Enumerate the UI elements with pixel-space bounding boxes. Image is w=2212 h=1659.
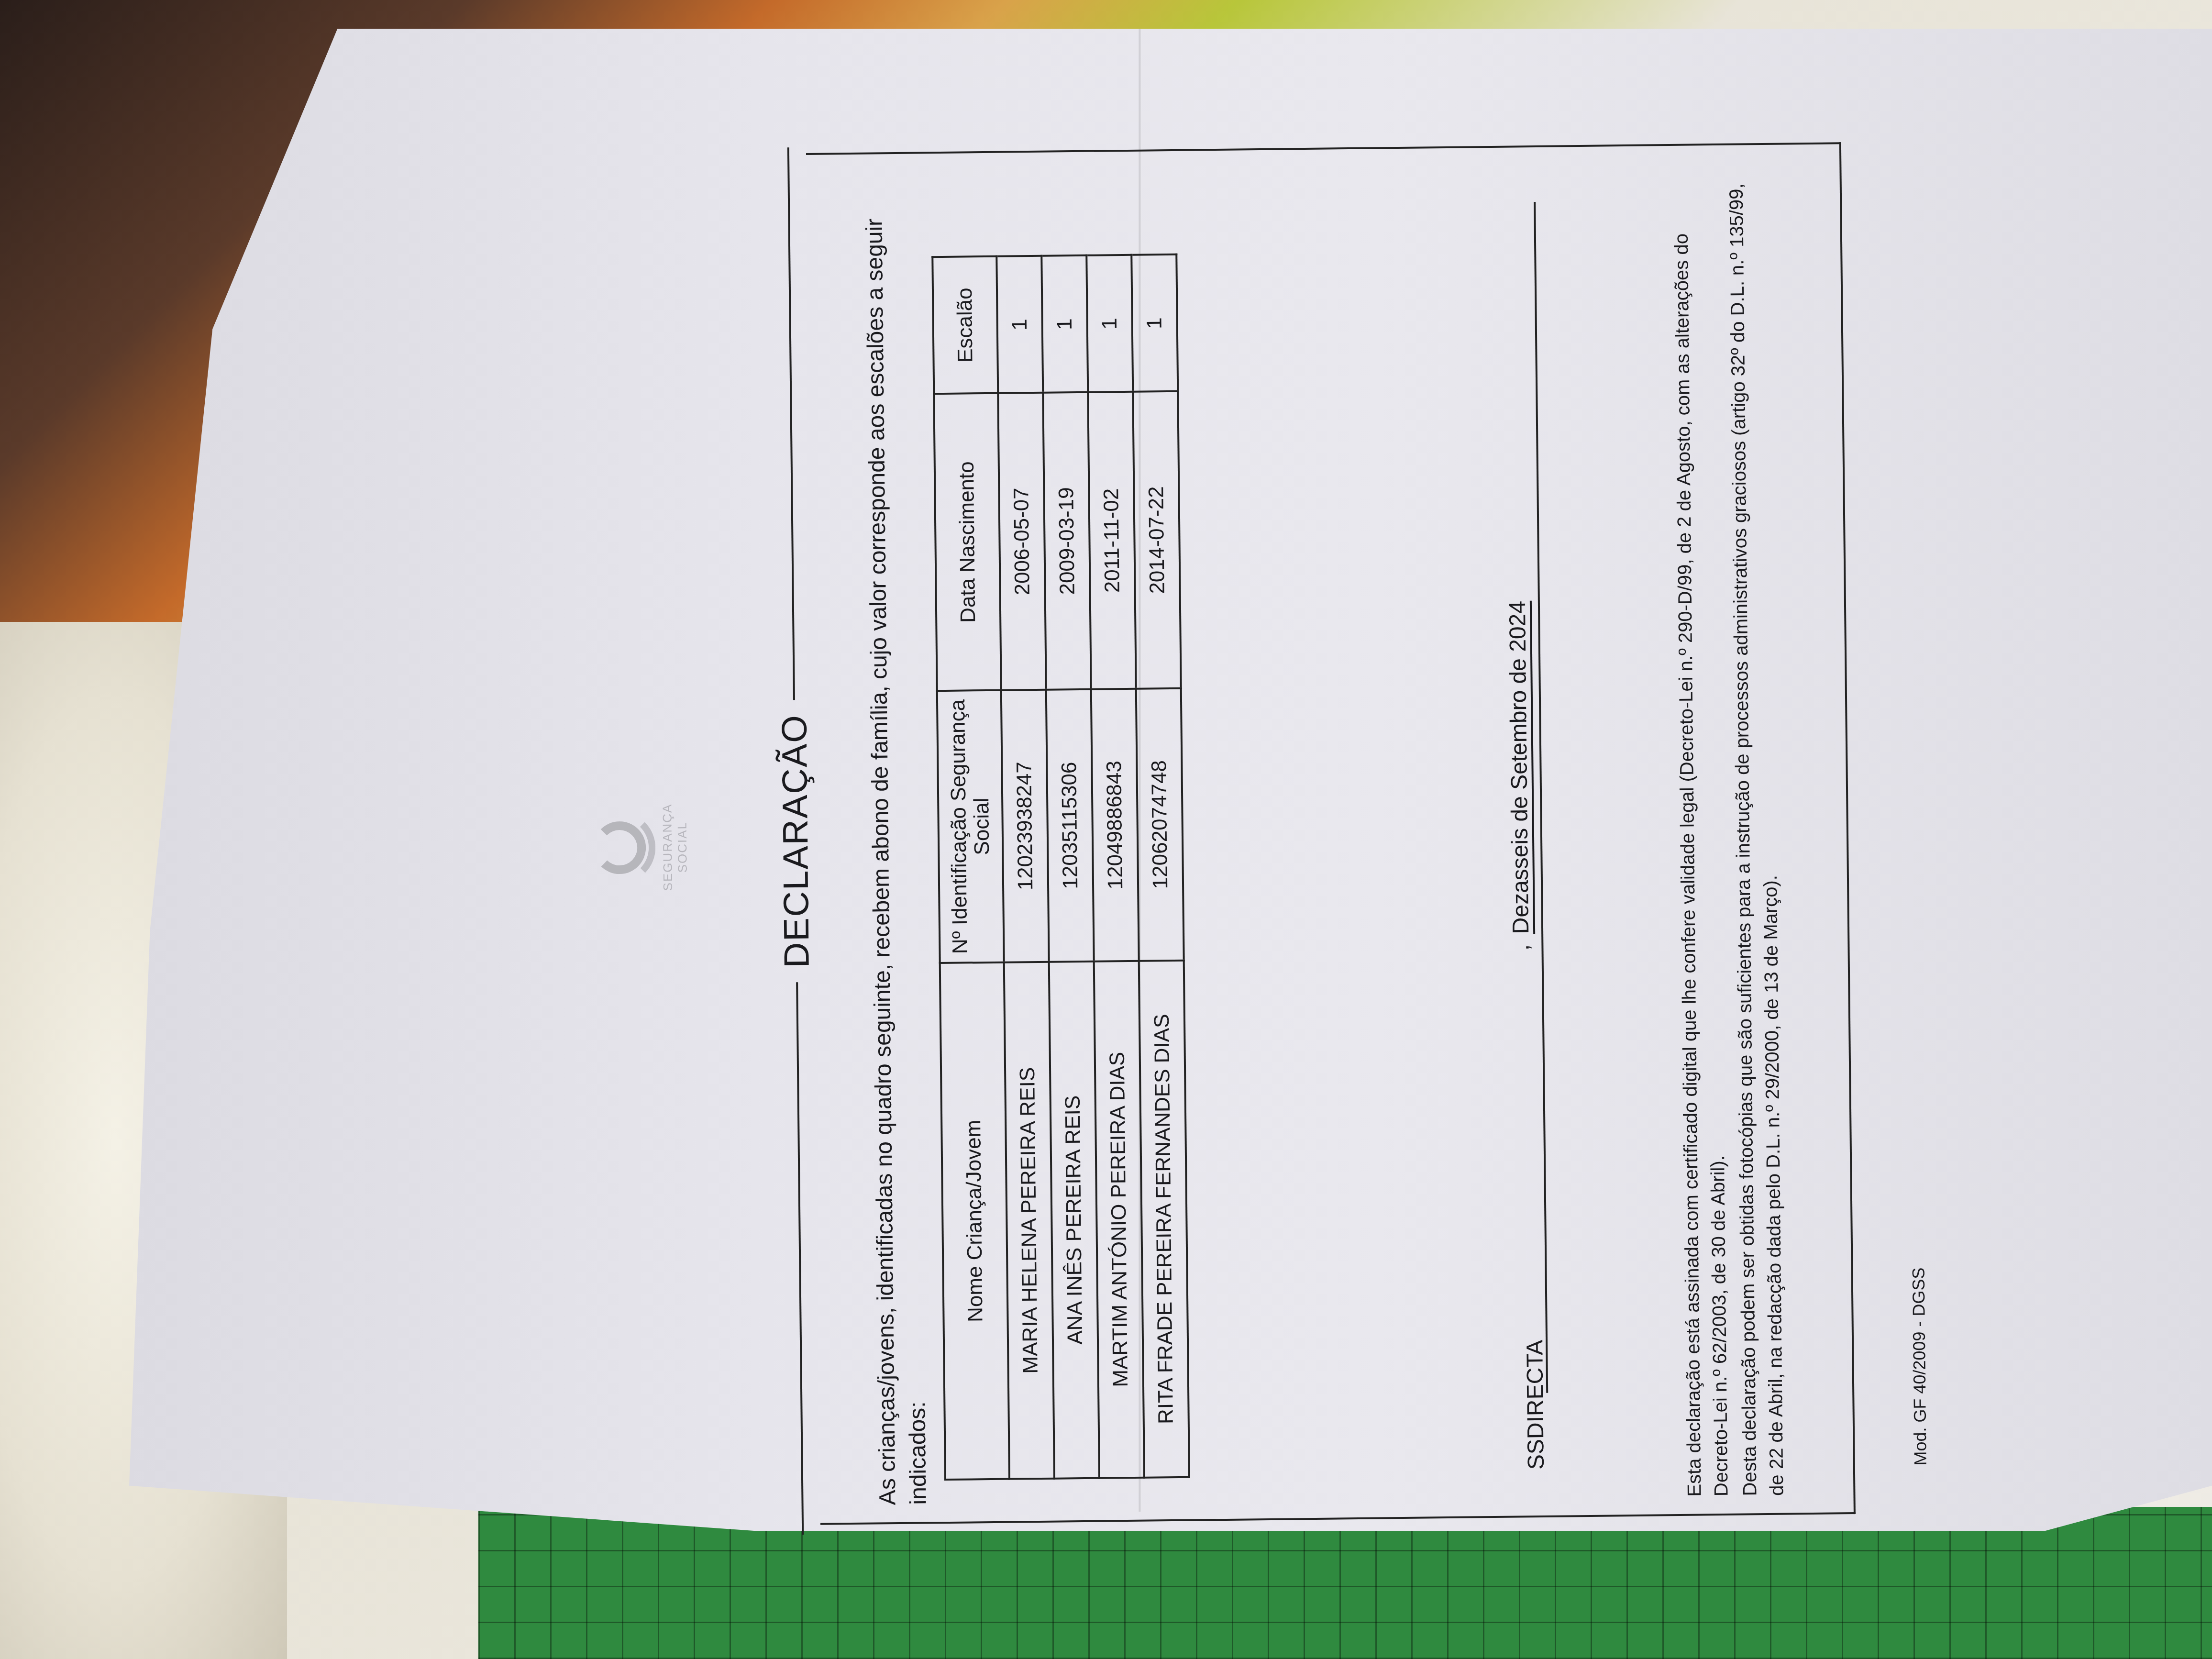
table-header-row: Nome Criança/Jovem Nº Identificação Segu… — [932, 256, 1009, 1480]
issue-date: Dezasseis de Setembro de 2024 — [1504, 601, 1534, 934]
cell-escalao: 1 — [1086, 255, 1133, 392]
logo-icon — [588, 811, 661, 884]
place-label: SSDIRECTA — [1522, 1340, 1549, 1470]
divider — [787, 147, 795, 700]
header-name: Nome Criança/Jovem — [940, 962, 1009, 1480]
cell-niss: 12023938247 — [1001, 690, 1049, 962]
model-code: Mod. GF 40/2009 - DGSS — [1909, 1267, 1931, 1466]
header-escalao: Escalão — [932, 256, 998, 394]
page-title: DECLARAÇÃO — [774, 700, 817, 983]
children-table: Nome Criança/Jovem Nº Identificação Segu… — [931, 254, 1190, 1481]
seguranca-social-logo: SEGURANÇA SOCIAL — [588, 795, 690, 901]
cell-niss: 12035115306 — [1046, 689, 1094, 962]
legal-paragraph: Desta declaração podem ser obtidas fotoc… — [1723, 166, 1790, 1496]
cell-birth-date: 2009-03-19 — [1043, 392, 1091, 689]
cell-birth-date: 2006-05-07 — [998, 393, 1046, 690]
cell-name: RITA FRADE PEREIRA FERNANDES DIAS — [1139, 961, 1189, 1478]
cell-niss: 12049886843 — [1091, 689, 1139, 962]
cell-escalao: 1 — [1041, 255, 1088, 393]
declaration-document: SEGURANÇA SOCIAL DECLARAÇÃO As crianças/… — [376, 135, 1969, 1539]
legal-notice: Esta declaração está assinada com certif… — [1667, 166, 1792, 1497]
header-niss: Nº Identificação Segurança Social — [937, 690, 1004, 963]
cell-niss: 12062074748 — [1136, 688, 1184, 961]
header-birth-date: Data Nascimento — [934, 393, 1001, 691]
cell-escalao: 1 — [1131, 254, 1178, 392]
logo-text: SEGURANÇA SOCIAL — [660, 795, 690, 900]
cell-birth-date: 2011-11-02 — [1088, 392, 1136, 689]
cell-name: MARTIM ANTÓNIO PEREIRA DIAS — [1094, 961, 1144, 1478]
cell-name: ANA INÊS PEREIRA REIS — [1049, 962, 1099, 1479]
comma: , — [1508, 944, 1534, 951]
cell-escalao: 1 — [996, 256, 1043, 393]
cell-birth-date: 2014-07-22 — [1133, 391, 1181, 688]
divider — [796, 982, 804, 1535]
cell-name: MARIA HELENA PEREIRA REIS — [1004, 962, 1054, 1479]
